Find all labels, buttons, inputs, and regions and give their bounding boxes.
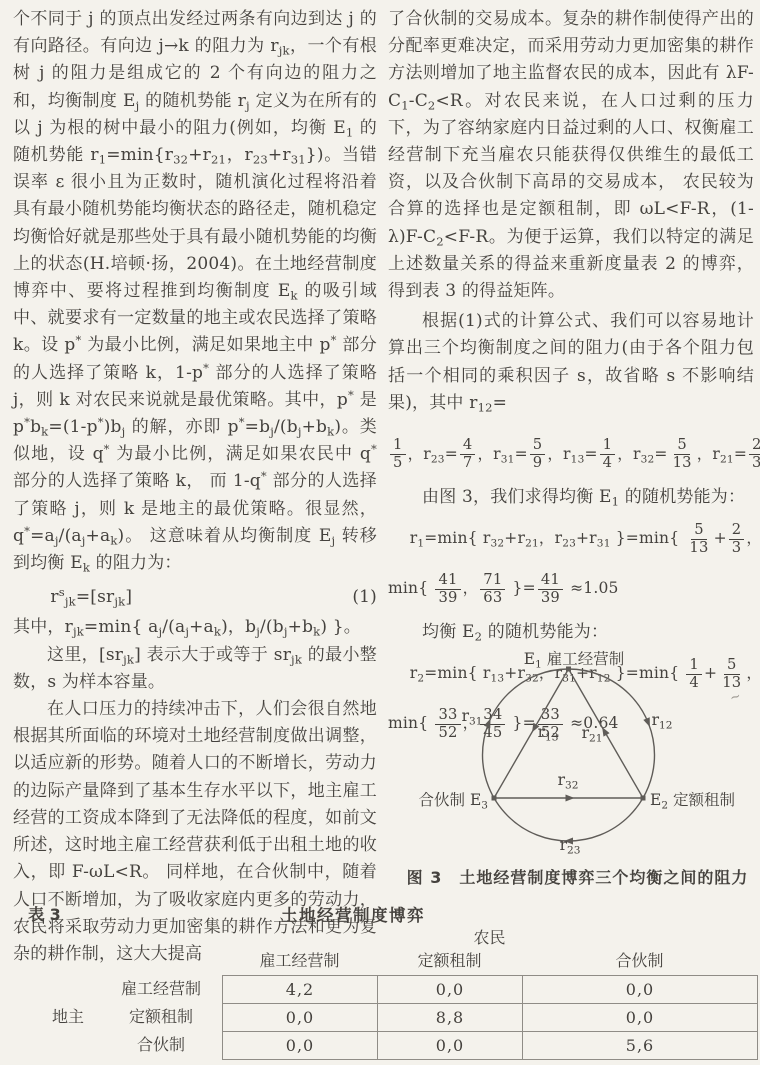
table-row: 4,20,00,0	[223, 976, 758, 1004]
edge-label-r12: r12	[652, 711, 673, 729]
formula-text: ≈1.05	[565, 580, 619, 598]
payoff-cell: 0,0	[223, 1004, 378, 1032]
column-header-partnership: 合伙制	[522, 948, 757, 971]
edge-label-r13: r13	[538, 723, 559, 741]
payoff-cell: 0,0	[378, 1032, 523, 1060]
fraction: 23	[749, 437, 760, 472]
edge-label-r21: r21	[582, 724, 603, 742]
formula-text: +	[714, 530, 727, 548]
table-3-column-headers: 雇工经营制 定额租制 合伙制	[222, 948, 757, 971]
edge-label-r32: r32	[558, 771, 579, 789]
fraction: 59	[530, 437, 546, 472]
e1-potential-formula-line1: r1=min{ r32+r21，r23+r31 }=min{ 513+23，47…	[410, 519, 754, 559]
fraction: 23	[729, 522, 745, 557]
payoff-matrix: 4,20,00,00,08,80,00,00,05,6	[222, 975, 758, 1060]
body-paragraph: 了合伙制的交易成本。复杂的耕作制使得产出的分配率更难决定，而采用劳动力更加密集的…	[388, 6, 754, 305]
formula-text: ，	[746, 530, 760, 548]
formula-text: }=	[507, 580, 535, 598]
column-group-farmers: 农民	[222, 925, 757, 948]
column-header-fixed-rent: 定额租制	[377, 948, 522, 971]
table-row: 0,08,80,0	[223, 1004, 758, 1032]
node-label-e1: E1 雇工经营制	[524, 647, 624, 669]
table-row: 0,00,05,6	[223, 1032, 758, 1060]
fraction: 4139	[435, 572, 460, 607]
fraction: 7163	[480, 572, 505, 607]
equation-1-row: rsjk=[srjk] (1)	[13, 584, 377, 611]
vertex-e2-dot	[641, 796, 646, 801]
figure-3-caption: 图 3 土地经营制度博弈三个均衡之间的阻力	[400, 865, 755, 888]
row-group-landlord: 地主	[46, 1003, 90, 1031]
body-paragraph: 根据(1)式的计算公式、我们可以容易地计算出三个均衡制度之间的阻力(由于各个阻力…	[388, 308, 754, 417]
e1-potential-formula-line2: min{ 4139，7163 }=4139 ≈1.05	[388, 569, 754, 609]
arc-arrow-r12	[643, 717, 650, 727]
formula-text: ，r32=	[617, 446, 667, 464]
edge-arrow-r32	[566, 795, 575, 802]
formula-text: ，r31=	[477, 446, 527, 464]
table-3-title: 土地经营制度博弈	[281, 902, 425, 926]
payoff-cell: 4,2	[223, 976, 378, 1004]
fraction: 513	[686, 522, 711, 557]
row-header-partnership: 合伙制	[100, 1031, 222, 1059]
edge-label-r23: r23	[560, 836, 581, 854]
row-header-fixed-rent: 定额租制	[100, 1003, 222, 1031]
node-label-e2: E2 定额租制	[650, 788, 735, 810]
equilibrium-cycle-diagram	[400, 645, 755, 860]
formula-text: ，	[463, 580, 479, 598]
scanned-paper-page: { "page": { "background": "#f4f2ec", "te…	[0, 0, 760, 1065]
fraction: 47	[460, 437, 476, 472]
column-header-wage-system: 雇工经营制	[222, 948, 377, 971]
payoff-cell: 8,8	[378, 1004, 523, 1032]
row-header-wage-system: 雇工经营制	[100, 975, 222, 1003]
body-paragraph: 由图 3，我们求得均衡 E1 的随机势能为：	[388, 484, 754, 511]
body-paragraph: 其中，rjk=min{ aj/(aj+ak)，bj/(bj+bk) }。	[13, 614, 377, 641]
left-text-column: 个不同于 j 的顶点出发经过两条有向边到达 j 的有向路径。有向边 j→k 的阻…	[13, 6, 377, 968]
formula-text: ，r23=	[408, 446, 458, 464]
right-text-column: 了合伙制的交易成本。复杂的耕作制使得产出的分配率更难决定，而采用劳动力更加密集的…	[388, 6, 754, 754]
body-paragraph: 个不同于 j 的顶点出发经过两条有向边到达 j 的有向路径。有向边 j→k 的阻…	[13, 6, 377, 577]
body-paragraph: 这里，[srjk] 表示大于或等于 srjk 的最小整数，s 为样本容量。	[13, 642, 377, 696]
vertex-e3-dot	[492, 796, 497, 801]
formula-text: min{	[388, 580, 433, 598]
formula-text: ，r13=	[547, 446, 597, 464]
fraction: 15	[390, 437, 406, 472]
equation-1-number: (1)	[352, 584, 377, 611]
resistance-values-formula: 15，r23=47，r31=59，r13=14，r32=513，r21=23。	[388, 437, 754, 472]
fraction: 513	[670, 437, 695, 472]
payoff-cell: 0,0	[378, 976, 523, 1004]
payoff-cell: 5,6	[523, 1032, 758, 1060]
node-label-e3: 合伙制 E3	[419, 788, 488, 810]
payoff-cell: 0,0	[523, 976, 758, 1004]
equation-1-body: rsjk=[srjk]	[50, 584, 132, 611]
fraction: 14	[600, 437, 616, 472]
formula-text: r1=min{ r32+r21，r23+r31 }=min{	[410, 530, 685, 548]
payoff-cell: 0,0	[223, 1032, 378, 1060]
edge-arrow-r21	[602, 727, 610, 737]
edge-label-r31: r31	[462, 707, 483, 725]
figure-3: E1 雇工经营制 合伙制 E3 E2 定额租制 r31 r12 r13 r21 …	[400, 645, 755, 893]
fraction: 4139	[538, 572, 563, 607]
formula-text: ，r21=	[697, 446, 747, 464]
table-3-label: 表 3	[28, 902, 61, 925]
cycle-circle	[483, 669, 655, 841]
payoff-cell: 0,0	[523, 1004, 758, 1032]
body-paragraph: 均衡 E2 的随机势能为：	[388, 619, 754, 646]
arc-arrow-r31	[484, 719, 491, 729]
